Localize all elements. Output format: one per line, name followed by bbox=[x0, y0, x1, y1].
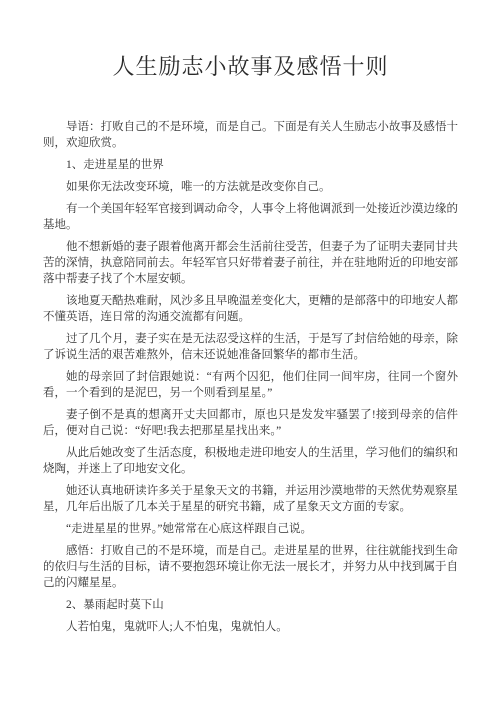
paragraph: 感悟：打败自己的不是环境，而是自己。走进星星的世界，往往就能找到生命的依归与生活… bbox=[43, 543, 458, 591]
document-body: 导语：打败自己的不是环境，而是自己。下面是有关人生励志小故事及感悟十则，欢迎欣赏… bbox=[43, 119, 458, 635]
paragraph: 妻子倒不是真的想离开丈夫回都市，原也只是发发牢骚罢了!接到母亲的信件后，便对自己… bbox=[43, 407, 458, 439]
paragraph: 人若怕鬼，鬼就吓人;人不怕鬼，鬼就怕人。 bbox=[43, 619, 458, 635]
paragraph: 她还认真地研读许多关于星象天文的书籍，并运用沙漠地带的天然优势观察星星，几年后出… bbox=[43, 483, 458, 515]
paragraph: 有一个美国年轻军官接到调动命令，人事令上将他调派到一处接近沙漠边缘的基地。 bbox=[43, 201, 458, 233]
paragraph: 她的母亲回了封信跟她说：“有两个囚犯，他们住同一间牢房，往同一个窗外看，一个看到… bbox=[43, 369, 458, 401]
section-heading: 1、走进星星的世界 bbox=[43, 157, 458, 173]
paragraph: 如果你无法改变环境，唯一的方法就是改变你自己。 bbox=[43, 179, 458, 195]
paragraph: 过了几个月，妻子实在是无法忍受这样的生活，于是写了封信给她的母亲，除了诉说生活的… bbox=[43, 331, 458, 363]
paragraph: 他不想新婚的妻子跟着他离开都会生活前往受苦，但妻子为了证明夫妻同甘共苦的深情，执… bbox=[43, 239, 458, 287]
paragraph: 从此后她改变了生活态度，积极地走进印地安人的生活里，学习他们的编织和烧陶，并迷上… bbox=[43, 445, 458, 477]
paragraph: 导语：打败自己的不是环境，而是自己。下面是有关人生励志小故事及感悟十则，欢迎欣赏… bbox=[43, 119, 458, 151]
document-page: 人生励志小故事及感悟十则 导语：打败自己的不是环境，而是自己。下面是有关人生励志… bbox=[0, 0, 500, 707]
paragraph: 该地夏天酷热难耐，风沙多且早晚温差变化大，更糟的是部落中的印地安人都不懂英语，连… bbox=[43, 293, 458, 325]
paragraph: “走进星星的世界。”她常常在心底这样跟自己说。 bbox=[43, 521, 458, 537]
section-heading: 2、暴雨起时莫下山 bbox=[43, 597, 458, 613]
document-title: 人生励志小故事及感悟十则 bbox=[43, 52, 458, 82]
